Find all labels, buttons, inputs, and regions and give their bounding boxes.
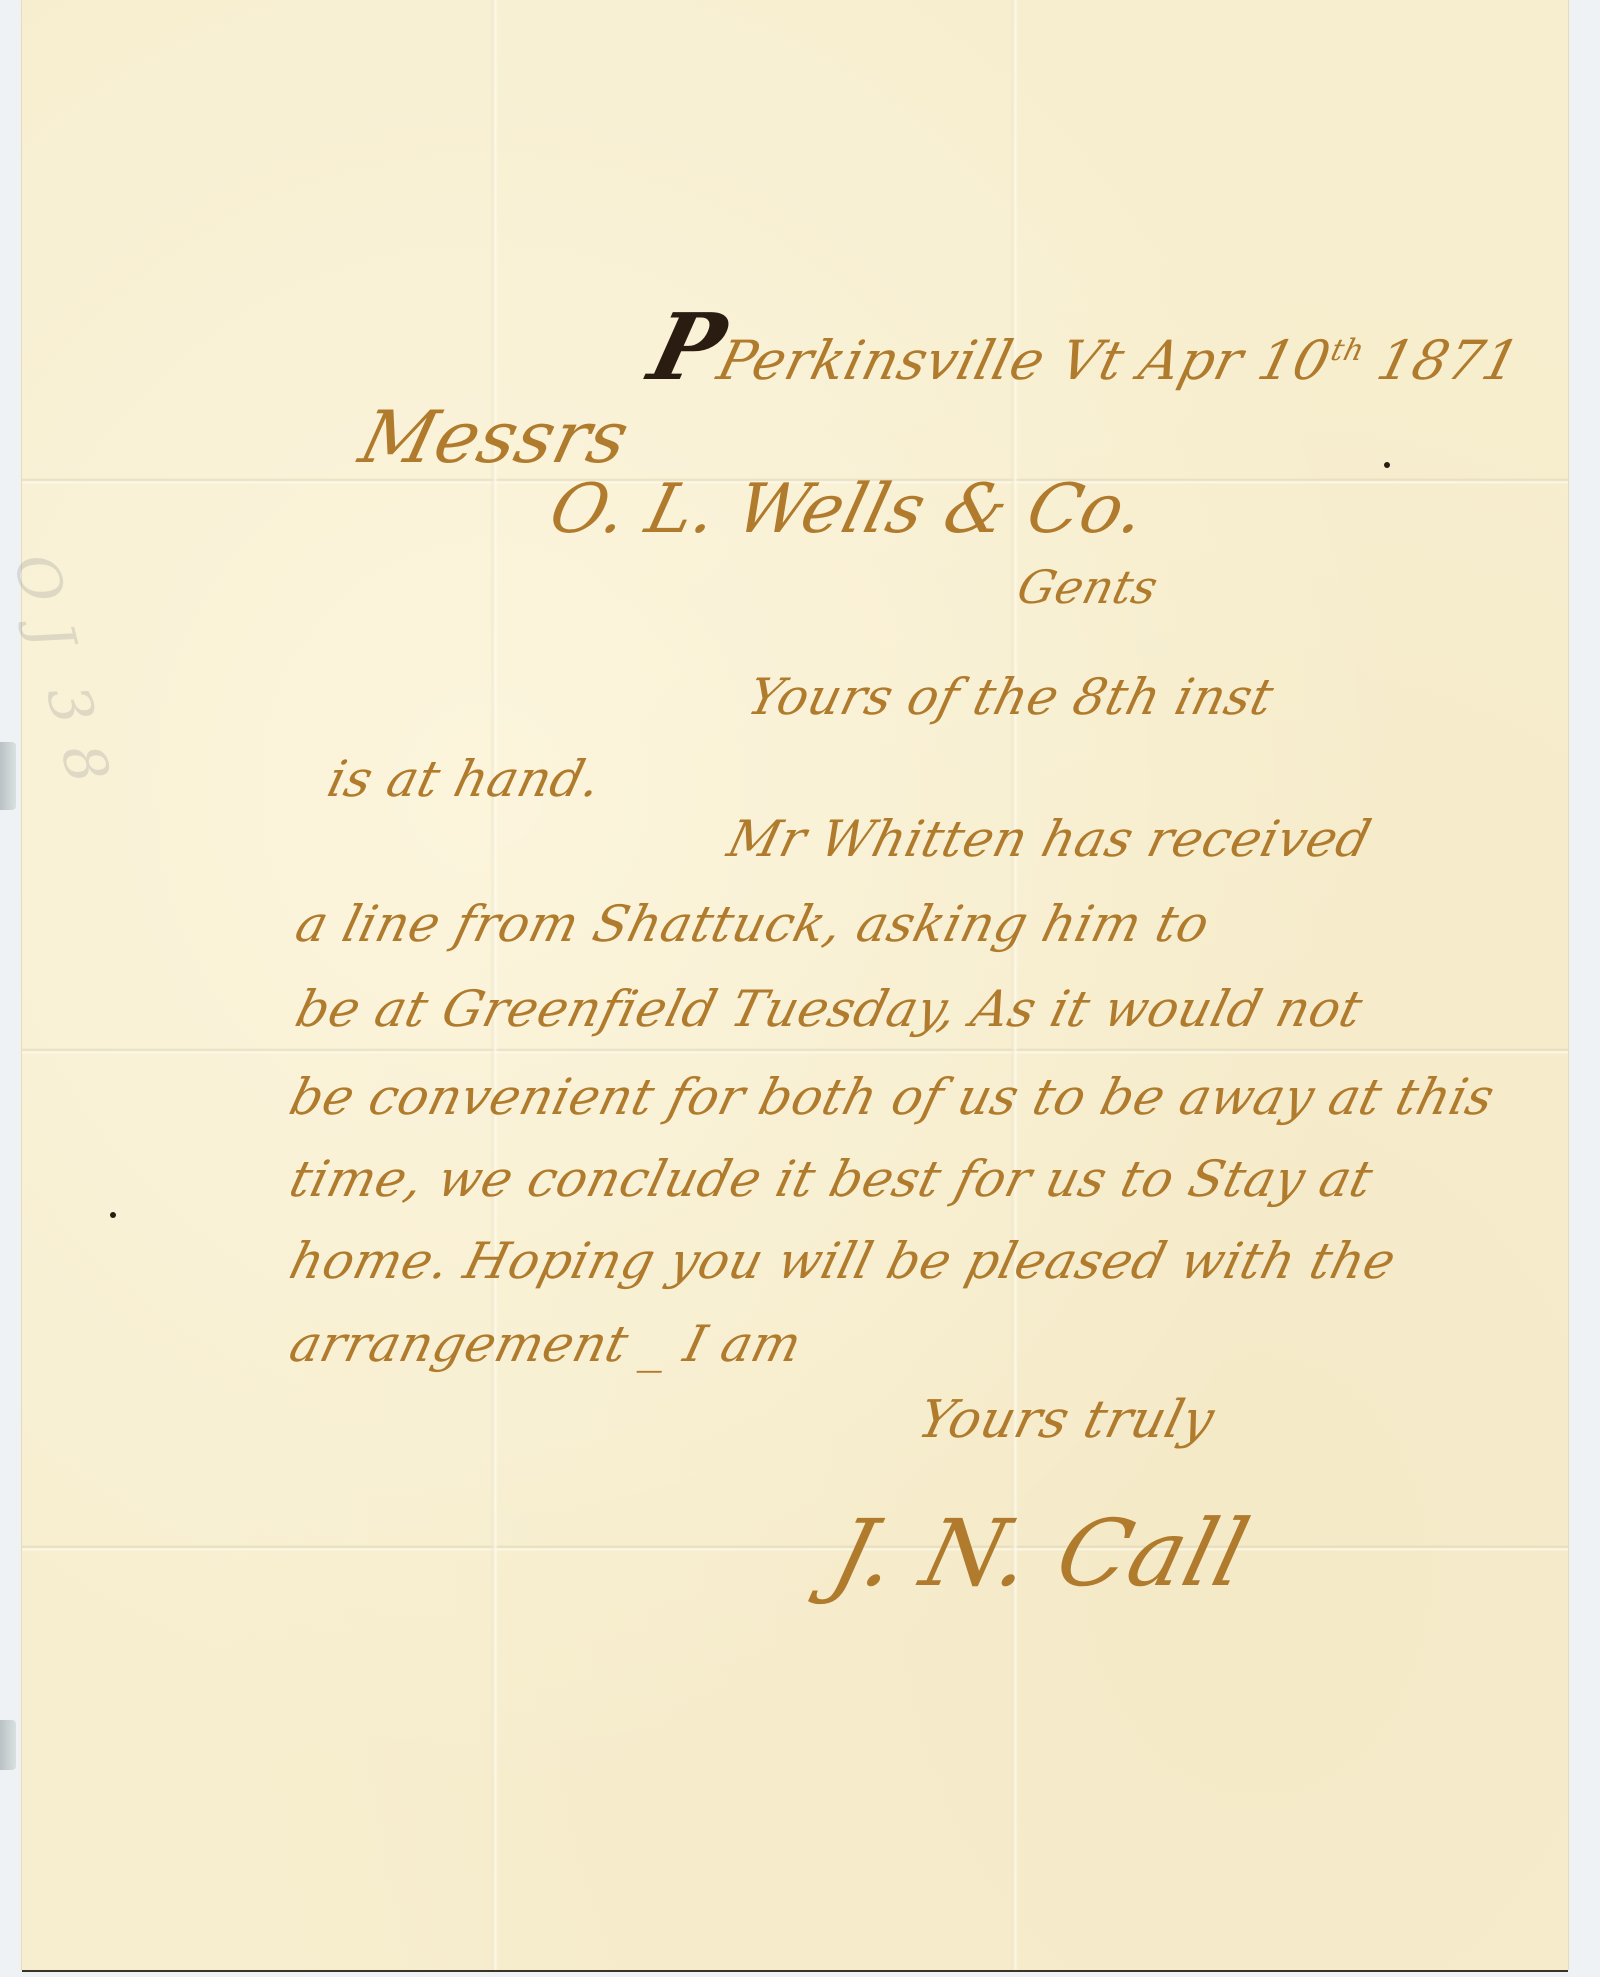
body-line: time, we conclude it best for us to Stay… [284,1150,1379,1208]
addressee: O. L. Wells & Co. [542,470,1154,549]
day-suffix: th [1327,333,1368,368]
month: Apr [1133,329,1250,392]
year: 1871 [1371,329,1526,392]
day: 10 [1252,329,1337,392]
binding-tab [0,742,16,810]
body-line: arrangement _ I am [284,1315,808,1373]
fold-line [22,1048,1568,1054]
body-line: home. Hoping you will be pleased with th… [284,1232,1402,1290]
body-line: Mr Whitten has received [722,810,1377,868]
body-line: be at Greenfield Tuesday, As it would no… [290,980,1368,1038]
greeting: Gents [1012,560,1164,614]
place: Perkinsville Vt [712,329,1132,392]
fold-line [22,1545,1568,1551]
signature: J. N. Call [822,1500,1259,1607]
ink-dot [110,1212,116,1218]
body-line: Yours of the 8th inst [742,668,1280,726]
ink-dot [1384,462,1390,468]
salutation-prefix: Messrs [352,395,638,479]
margin-pencil-note: O J 3 8 [0,530,124,795]
body-line: a line from Shattuck, asking him to [290,895,1215,953]
closing: Yours truly [912,1390,1220,1450]
body-line: is at hand. [322,750,607,808]
binding-tab [0,1720,16,1770]
place-date-line: PPerkinsville Vt Apr 10th 1871 [642,320,1528,392]
body-line: be convenient for both of us to be away … [284,1068,1500,1126]
letter-page: O J 3 8 PPerkinsville Vt Apr 10th 1871 M… [22,0,1568,1970]
